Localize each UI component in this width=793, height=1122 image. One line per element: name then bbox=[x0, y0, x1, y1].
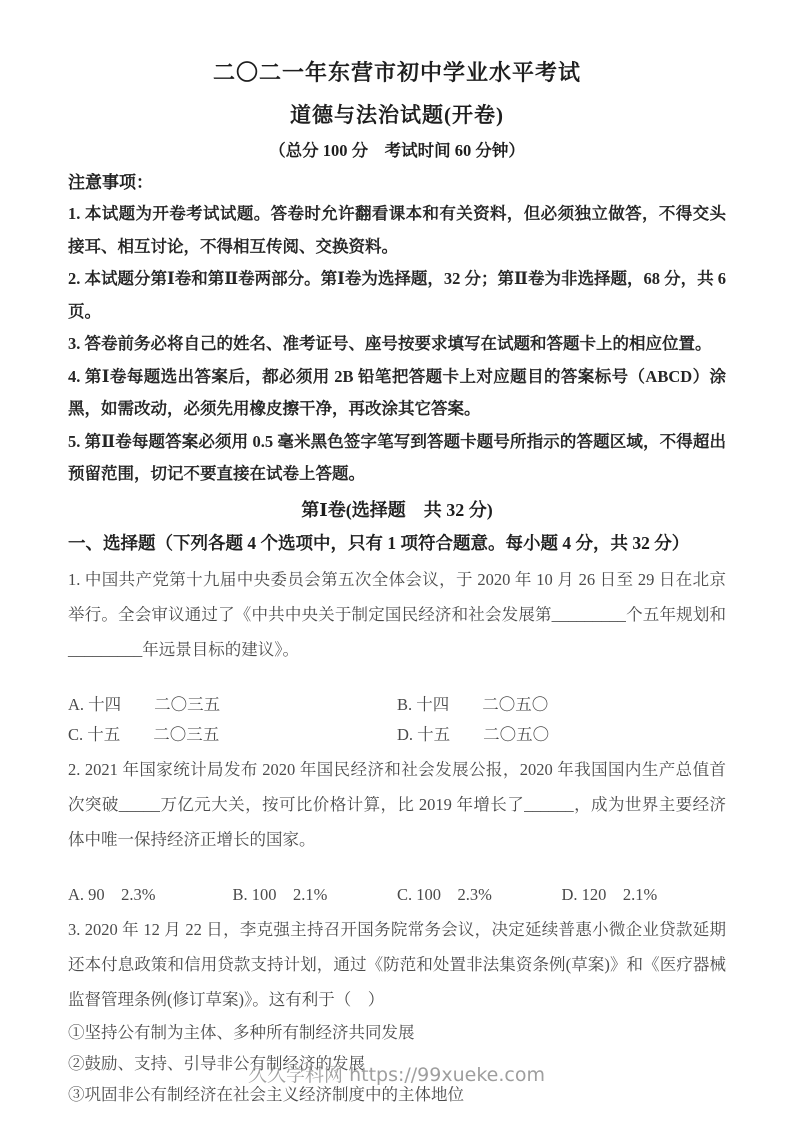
question-3-statement-1: ①坚持公有制为主体、多种所有制经济共同发展 bbox=[68, 1017, 726, 1048]
question-2-option-c: C. 100 2.3% bbox=[397, 880, 562, 910]
question-2-option-d: D. 120 2.1% bbox=[562, 880, 727, 910]
exam-paper-page: 二〇二一年东营市初中学业水平考试 道德与法治试题(开卷) （总分 100 分 考… bbox=[0, 0, 793, 1122]
question-2-stem: 2. 2021 年国家统计局发布 2020 年国民经济和社会发展公报，2020 … bbox=[68, 752, 726, 857]
exam-content: 二〇二一年东营市初中学业水平考试 道德与法治试题(开卷) （总分 100 分 考… bbox=[0, 0, 793, 1110]
notice-item-5: 5. 第Ⅱ卷每题答案必须用 0.5 毫米黑色签字笔写到答题卡题号所指示的答题区域… bbox=[68, 426, 726, 491]
notice-item-1: 1. 本试题为开卷考试试题。答卷时允许翻看课本和有关资料，但必须独立做答，不得交… bbox=[68, 198, 726, 263]
notice-heading: 注意事项： bbox=[68, 168, 726, 198]
multiple-choice-heading: 一、选择题（下列各题 4 个选项中，只有 1 项符合题意。每小题 4 分，共 3… bbox=[68, 527, 726, 560]
watermark-footer: 久久学科网 https://99xueke.com bbox=[0, 1060, 793, 1087]
notice-item-4: 4. 第Ⅰ卷每题选出答案后，都必须用 2B 铅笔把答题卡上对应题目的答案标号（A… bbox=[68, 361, 726, 426]
question-2-options: A. 90 2.3% B. 100 2.1% C. 100 2.3% D. 12… bbox=[68, 880, 726, 910]
score-time-line: （总分 100 分 考试时间 60 分钟） bbox=[68, 136, 726, 166]
question-1-option-b: B. 十四 二〇五〇 bbox=[397, 690, 726, 720]
notice-item-3: 3. 答卷前务必将自己的姓名、准考证号、座号按要求填写在试题和答题卡上的相应位置… bbox=[68, 328, 726, 361]
question-2: 2. 2021 年国家统计局发布 2020 年国民经济和社会发展公报，2020 … bbox=[68, 752, 726, 910]
exam-title: 二〇二一年东营市初中学业水平考试 bbox=[68, 56, 726, 90]
notice-item-2: 2. 本试题分第Ⅰ卷和第Ⅱ卷两部分。第Ⅰ卷为选择题，32 分；第Ⅱ卷为非选择题，… bbox=[68, 263, 726, 328]
question-1-stem: 1. 中国共产党第十九届中央委员会第五次全体会议，于 2020 年 10 月 2… bbox=[68, 562, 726, 667]
question-1-option-c: C. 十五 二〇三五 bbox=[68, 720, 397, 750]
question-1: 1. 中国共产党第十九届中央委员会第五次全体会议，于 2020 年 10 月 2… bbox=[68, 562, 726, 750]
question-1-options: A. 十四 二〇三五 B. 十四 二〇五〇 C. 十五 二〇三五 D. 十五 二… bbox=[68, 690, 726, 750]
question-1-option-d: D. 十五 二〇五〇 bbox=[397, 720, 726, 750]
exam-subtitle: 道德与法治试题(开卷) bbox=[68, 99, 726, 131]
notice-section: 注意事项： 1. 本试题为开卷考试试题。答卷时允许翻看课本和有关资料，但必须独立… bbox=[68, 168, 726, 491]
question-1-option-a: A. 十四 二〇三五 bbox=[68, 690, 397, 720]
question-2-option-a: A. 90 2.3% bbox=[68, 880, 233, 910]
question-2-option-b: B. 100 2.1% bbox=[233, 880, 398, 910]
question-3-stem: 3. 2020 年 12 月 22 日，李克强主持召开国务院常务会议，决定延续普… bbox=[68, 912, 726, 1017]
part1-heading: 第Ⅰ卷(选择题 共 32 分) bbox=[68, 494, 726, 527]
